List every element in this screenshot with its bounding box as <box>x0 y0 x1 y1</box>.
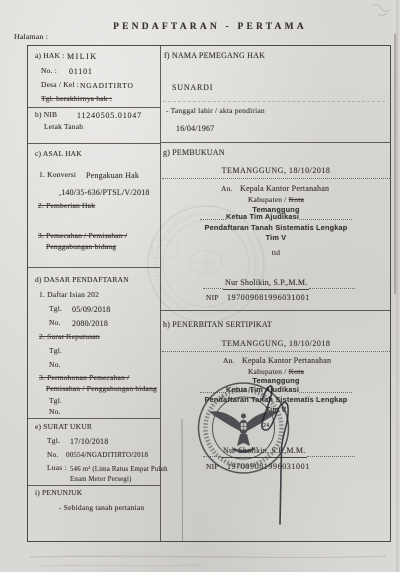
h-dotted-rule <box>162 351 390 352</box>
kota-struck-label: Kota <box>289 367 304 376</box>
nib-value: 11240505.01047 <box>77 112 142 121</box>
surat-ukur-no-value: 00554/NGADITIRTO/2018 <box>66 452 148 460</box>
penerbitan-sertipikat-label: h) PENERBITAN SERTIPIKAT <box>163 321 272 330</box>
dotted-leader <box>200 392 226 393</box>
dotted-leader <box>307 456 355 457</box>
daftar-isian-label: 1. Daftar Isian 202 <box>39 291 99 299</box>
pembukuan-an-label: An. <box>221 185 233 193</box>
pembukuan-nip-label: NIP <box>206 294 219 302</box>
konversi-label: 1. Konversi <box>39 171 76 179</box>
dasar-pendaftaran-label: d) DASAR PENDAFTARAN <box>35 276 129 284</box>
penerbitan-team-line1-row: Ketua Tim Ajudikasi <box>200 384 352 394</box>
pemecahan-label-line1: 3. Pemecahan / Pemisahan / <box>38 232 127 240</box>
penunjuk-value: - Sebidang tanah pertanian <box>59 504 144 512</box>
penerbitan-nip-value: 197009081996031001 <box>227 463 310 472</box>
row-line-f-g <box>161 142 391 143</box>
luas-value-line2: Enam Meter Persegi) <box>70 476 132 483</box>
surat-keputusan-tgl-label: Tgl. <box>49 347 62 355</box>
pemegang-hak-name: SUNARDI <box>172 84 213 93</box>
penerbitan-an-label: An. <box>223 357 235 365</box>
ttd-label: ttd <box>161 249 391 257</box>
pemberian-hak-label: 2. Pemberian Hak <box>38 202 95 210</box>
penunjuk-label: i) PENUNJUK <box>35 489 82 497</box>
stamp-number: 24 <box>263 423 270 429</box>
hak-expiry-label: Tgl. berakhirnya hak : <box>41 95 112 103</box>
row-line-a-b <box>28 107 160 108</box>
nib-label: b) NIB <box>35 111 57 119</box>
surat-ukur-tgl-value: 17/10/2018 <box>70 438 108 447</box>
dotted-leader <box>309 288 355 289</box>
scanned-land-registration-form: PENDAFTARAN - PERTAMA Halaman : a) HAK :… <box>0 0 400 572</box>
hak-no-value: 01101 <box>69 68 93 77</box>
dotted-leader <box>200 219 226 220</box>
penerbitan-nip-label: NIP <box>206 463 219 471</box>
penerbitan-signer-row: Nur Sholikin, S.P.,M.M. <box>203 447 355 458</box>
nama-pemegang-hak-label: f) NAMA PEMEGANG HAK <box>164 52 265 61</box>
page-number-label: Halaman : <box>14 33 48 42</box>
pembukuan-nip-value: 197009081996031001 <box>227 294 310 303</box>
pembukuan-label: g) PEMBUKUAN <box>163 149 225 158</box>
ketua-tim-ajudikasi: Ketua Tim Ajudikasi <box>226 213 299 221</box>
penerbitan-team-line3: Tim V <box>161 406 391 414</box>
f-divider-dashes <box>163 101 385 102</box>
tanggal-lahir-label: - Tanggal lahir / akta pendirian <box>166 107 265 115</box>
letak-tanah-label: Letak Tanah <box>44 123 83 131</box>
penerbitan-place-date: TEMANGGUNG, 18/10/2018 <box>161 340 391 349</box>
row-line-d-e <box>28 418 160 419</box>
pemecahan-label-line2: Penggabungan bidang <box>46 243 116 251</box>
daftar-isian-no-label: No. <box>49 319 61 327</box>
daftar-isian-tgl-label: Tgl. <box>49 305 62 313</box>
hak-no-label: No. : <box>41 67 57 75</box>
surat-ukur-tgl-label: Tgl. <box>47 437 60 445</box>
penerbitan-office-line: Kepala Kantor Pertanahan <box>242 357 331 366</box>
row-line-g-h <box>161 310 391 311</box>
pembukuan-region-line: Kabupaten / Kota <box>161 196 391 204</box>
surat-ukur-label: e) SURAT UKUR <box>35 423 92 431</box>
permohonan-no-label: No. <box>49 408 61 416</box>
pembukuan-team-line3: Tim V <box>161 234 391 242</box>
hak-label: a) HAK : <box>35 52 65 60</box>
ketua-tim-ajudikasi: Ketua Tim Ajudikasi <box>226 386 299 394</box>
g-dotted-rule <box>162 178 390 179</box>
desa-label: Desa / Kel : <box>41 81 79 89</box>
kota-struck-label: Kota <box>289 195 304 204</box>
tanggal-lahir-value: 16/04/1967 <box>176 125 214 134</box>
asal-hak-label: c) ASAL HAK <box>35 150 82 158</box>
pembukuan-team-line2: Pendaftaran Tanah Sistematis Lengkap <box>161 224 391 232</box>
daftar-isian-no-value: 2080/2018 <box>72 320 108 329</box>
page-title: PENDAFTARAN - PERTAMA <box>30 22 390 32</box>
pembukuan-signer-row: Nur Sholikin, S.P.,M.M. <box>203 279 355 290</box>
surat-keputusan-label: 2. Surat Keputusan <box>39 333 100 341</box>
dotted-leader <box>203 288 223 289</box>
dotted-leader <box>299 219 352 220</box>
pembukuan-signer-name: Nur Sholikin, S.P.,M.M. <box>223 279 309 290</box>
luas-label: Luas : <box>47 464 67 472</box>
permohonan-tgl-label: Tgl. <box>49 397 62 405</box>
konversi-value: Pengakuan Hak <box>86 172 139 181</box>
penerbitan-team-line2: Pendaftaran Tanah Sistematis Lengkap <box>161 396 391 404</box>
row-line-c-d <box>28 267 160 268</box>
konversi-ref-number: ,140/35-636/PTSL/V/2018 <box>59 189 150 198</box>
permohonan-label-line2: Pemisahan / Penggabungan bidang <box>46 385 157 393</box>
pembukuan-place-date: TEMANGGUNG, 18/10/2018 <box>161 167 391 176</box>
penerbitan-region-line: Kabupaten / Kota <box>161 368 391 376</box>
kabupaten-label: Kabupaten / <box>248 195 287 204</box>
daftar-isian-tgl-value: 05/09/2018 <box>72 306 110 315</box>
dotted-leader <box>299 392 352 393</box>
penerbitan-signer-name: Nur Sholikin, S.P.,M.M. <box>221 447 307 458</box>
pembukuan-office-line: Kepala Kantor Pertanahan <box>240 185 329 194</box>
pembukuan-team-line1-row: Ketua Tim Ajudikasi <box>200 211 352 221</box>
row-line-e-i <box>28 485 160 486</box>
desa-value: NGADITIRTO <box>80 82 134 90</box>
kabupaten-label: Kabupaten / <box>248 367 287 376</box>
row-line-b-c <box>28 143 160 144</box>
permohonan-label-line1: 3. Permohonan Pemecahan / <box>39 374 129 382</box>
surat-ukur-no-label: No. <box>47 451 59 459</box>
surat-keputusan-no-label: No. <box>49 361 61 369</box>
luas-value-line1: 546 m² (Lima Ratus Empat Puluh <box>70 466 168 473</box>
hak-value: MILIK <box>67 53 98 62</box>
dotted-leader <box>203 456 221 457</box>
